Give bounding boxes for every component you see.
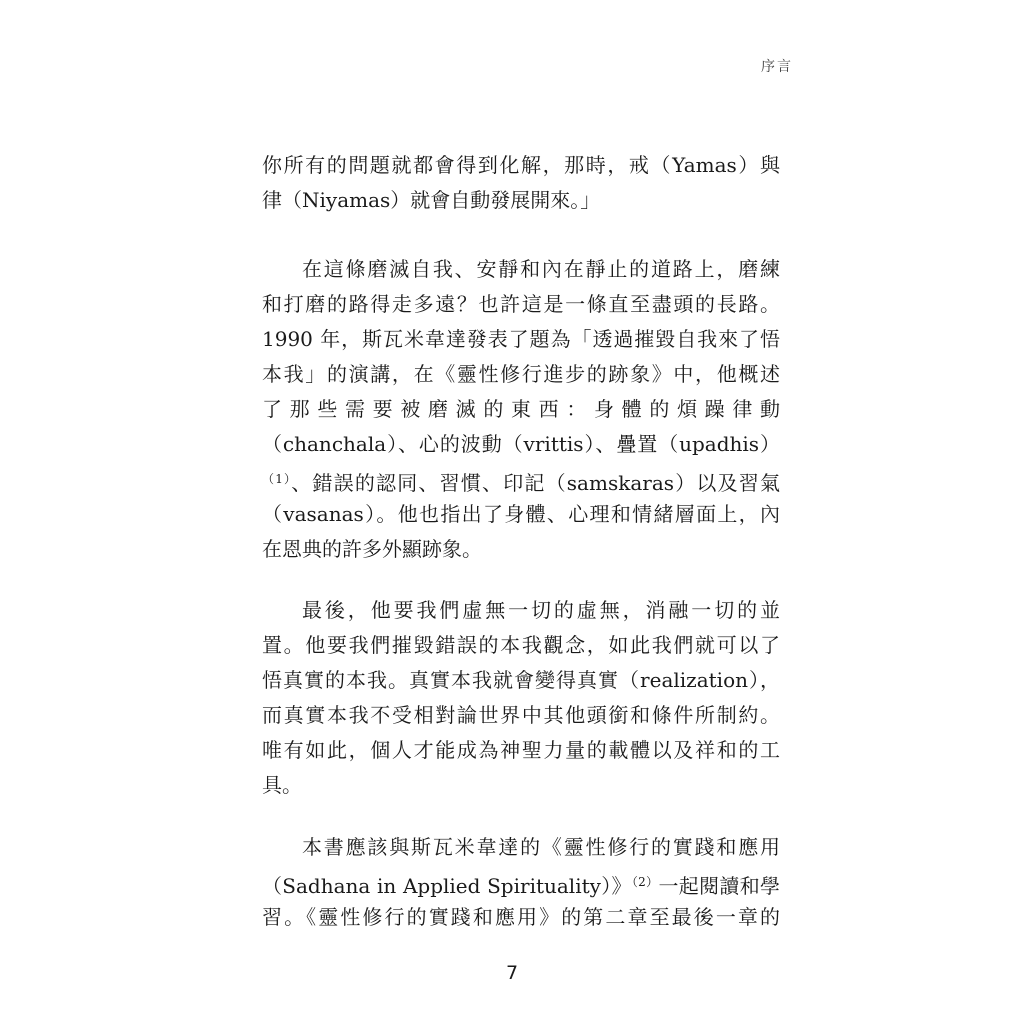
- text-line: 你所有的問題就都會得到化解，那時，戒（Yamas）與: [262, 148, 780, 183]
- paragraph: 在這條磨滅自我、安靜和內在靜止的道路上，磨練和打磨的路得走多遠？也許這是一條直至…: [262, 252, 780, 567]
- page-number: 7: [0, 962, 1024, 984]
- text-line: 悟真實的本我。真實本我就會變得真實（realization），: [262, 663, 780, 698]
- text-line: 和打磨的路得走多遠？也許這是一條直至盡頭的長路。: [262, 287, 780, 322]
- text-line: 唯有如此，個人才能成為神聖力量的載體以及祥和的工: [262, 733, 780, 768]
- text-line: 在恩典的許多外顯跡象。: [262, 532, 780, 567]
- text-line: 置。他要我們摧毀錯誤的本我觀念，如此我們就可以了: [262, 628, 780, 663]
- text-line: 1990 年，斯瓦米韋達發表了題為「透過摧毀自我來了悟: [262, 322, 780, 357]
- paragraph: 你所有的問題就都會得到化解，那時，戒（Yamas）與律（Niyamas）就會自動…: [262, 148, 780, 218]
- text-line: 最後，他要我們虛無一切的虛無，消融一切的並: [262, 593, 780, 628]
- text-line: 本書應該與斯瓦米韋達的《靈性修行的實踐和應用: [262, 830, 780, 865]
- text-line: （chanchala）、心的波動（vrittis）、疊置（upadhis）: [262, 427, 780, 462]
- text-line: 而真實本我不受相對論世界中其他頭銜和條件所制約。: [262, 698, 780, 733]
- footnote-marker: （2）: [632, 875, 659, 889]
- text-line: 習。《靈性修行的實踐和應用》的第二章至最後一章的: [262, 900, 780, 935]
- footnote-marker: （1）: [262, 472, 291, 486]
- text-line: （Sadhana in Applied Spirituality）》（2）一起閱…: [262, 865, 780, 900]
- running-header: 序言: [761, 56, 793, 76]
- text-line: 本我」的演講，在《靈性修行進步的跡象》中，他概述: [262, 357, 780, 392]
- book-page: 序言 你所有的問題就都會得到化解，那時，戒（Yamas）與律（Niyamas）就…: [0, 0, 1024, 1024]
- paragraph: 本書應該與斯瓦米韋達的《靈性修行的實踐和應用（Sadhana in Applie…: [262, 830, 780, 935]
- text-line: 在這條磨滅自我、安靜和內在靜止的道路上，磨練: [262, 252, 780, 287]
- text-line: （vasanas）。他也指出了身體、心理和情緒層面上，內: [262, 497, 780, 532]
- text-line: 了那些需要被磨滅的東西：身體的煩躁律動: [262, 392, 780, 427]
- text-body: 你所有的問題就都會得到化解，那時，戒（Yamas）與律（Niyamas）就會自動…: [262, 148, 780, 935]
- paragraph: 最後，他要我們虛無一切的虛無，消融一切的並置。他要我們摧毀錯誤的本我觀念，如此我…: [262, 593, 780, 803]
- text-line: 律（Niyamas）就會自動發展開來。」: [262, 183, 780, 218]
- text-line: （1）、錯誤的認同、習慣、印記（samskaras）以及習氣: [262, 462, 780, 497]
- text-line: 具。: [262, 768, 780, 803]
